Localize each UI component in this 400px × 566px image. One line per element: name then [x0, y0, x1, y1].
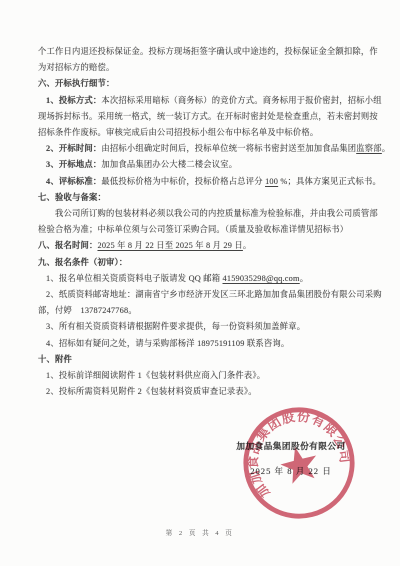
document-line: 七、验收与备案：	[38, 190, 368, 206]
text-segment: 本次招标采用暗标（商务标）的竞价方式。商务标用于报价密封，招标小组	[101, 96, 381, 105]
document-line: 2、纸质资料邮寄地址：湖南省宁乡市经济开发区三环北路加加食品集团股份有限公司采购	[38, 287, 368, 303]
text-segment: 100	[265, 177, 278, 186]
document-line: 4、招标如有疑问之处，请与采购部杨洋 18975191109 联系咨询。	[38, 336, 368, 352]
document-line: 现场拆封标书。采用统一格式，统一装订方式。在开标时密封处是检查重点，若未密封则按	[38, 109, 368, 125]
signature-block: 加加食品集团股份有限公司 2025 年 8 月 22 日	[226, 440, 356, 477]
document-line: 检验合格为准；中标单位须与公司签订采购合同。（质量及验收标准详情见招标书）	[38, 222, 368, 238]
document-line: 2、开标时间：由招标小组确定时间后，投标单位统一将标书密封送至加加食品集团监察部…	[38, 141, 368, 157]
text-segment: 六、开标执行细节：	[38, 79, 114, 88]
document-line: 1、投标前详细阅读附件 1《包装材料供应商入门条件表》。	[38, 368, 368, 384]
text-segment: 1、报名单位相关资质资料电子版请发 QQ 邮箱	[46, 274, 223, 283]
document-line: 3、开标地点：加加食品集团办公大楼二楼会议室。	[38, 157, 368, 173]
document-line: 1、报名单位相关资质资料电子版请发 QQ 邮箱 4159035298@qq.co…	[38, 271, 368, 287]
text-segment: 1、投标方式：	[46, 96, 101, 105]
text-segment: 。	[382, 144, 391, 153]
text-segment: 由招标小组确定时间后，投标单位统一将标书密封送至加加食品集团	[101, 144, 356, 153]
signature-date: 2025 年 8 月 22 日	[226, 465, 356, 477]
document-line: 八、报名时间：2025 年 8 月 22 日至 2025 年 8 月 29 日。	[38, 238, 368, 254]
text-segment: 2025 年 8 月 22 日至 2025 年 8 月 29 日	[97, 241, 242, 250]
document-line: 2、投标所需资料见附件 2《包装材料资质审查记录表》。	[38, 384, 368, 400]
text-segment: 3、所有相关资质资料请根据附件要求提供，每一份资料须加盖鲜章。	[46, 322, 305, 331]
text-segment: 部，付婷 13787247768。	[38, 306, 137, 315]
text-segment: 。	[300, 274, 309, 283]
text-segment: 监察部	[356, 144, 382, 153]
text-segment: 。	[243, 241, 252, 250]
text-segment: 4、评标标准：	[46, 177, 101, 186]
text-segment: 七、验收与备案：	[38, 193, 106, 202]
text-segment: 4159035298@qq.com	[223, 274, 300, 283]
document-line: 六、开标执行细节：	[38, 76, 368, 92]
page-number: 第 2 页 共 4 页	[0, 527, 400, 537]
text-segment: 十、附件	[38, 355, 72, 364]
document-line: 招标条件作废标。审核完成后由公司招投标小组公布中标名单及中标价格。	[38, 125, 368, 141]
document-line: 个工作日内退还投标保证金。投标方现场拒签字确认或中途违约，投标保证金全额扣除，作	[38, 44, 368, 60]
document-line: 为对招标方的赔偿。	[38, 60, 368, 76]
document-line: 部，付婷 13787247768。	[38, 303, 368, 319]
text-segment: 为对招标方的赔偿。	[38, 63, 114, 72]
text-segment: 九、报名条件（初审）：	[38, 258, 127, 267]
text-segment: 2、开标时间：	[46, 144, 101, 153]
text-segment: 最低投标价格为中标价，投标价格占总评分	[101, 177, 265, 186]
document-line: 1、投标方式：本次招标采用暗标（商务标）的竞价方式。商务标用于报价密封，招标小组	[38, 93, 368, 109]
document-body: 个工作日内退还投标保证金。投标方现场拒签字确认或中途违约，投标保证金全额扣除，作…	[38, 44, 368, 400]
text-segment: 我公司所订购的包装材料必须以我公司的内控质量标准为检验标准，并由我公司质管部	[55, 209, 378, 218]
text-segment: 现场拆封标书。采用统一格式，统一装订方式。在开标时密封处是检查重点，若未密封则按	[38, 112, 378, 121]
text-segment: 招标条件作废标。审核完成后由公司招投标小组公布中标名单及中标价格。	[38, 128, 318, 137]
text-segment: 4、招标如有疑问之处，请与采购部杨洋 18975191109 联系咨询。	[46, 339, 289, 348]
document-line: 九、报名条件（初审）：	[38, 255, 368, 271]
text-segment: 3、开标地点：	[46, 160, 101, 169]
text-segment: 检验合格为准；中标单位须与公司签订采购合同。（质量及验收标准详情见招标书）	[38, 225, 348, 234]
document-line: 3、所有相关资质资料请根据附件要求提供，每一份资料须加盖鲜章。	[38, 319, 368, 335]
signature-company-name: 加加食品集团股份有限公司	[226, 440, 356, 452]
document-line: 十、附件	[38, 352, 368, 368]
text-segment: 2、纸质资料邮寄地址：湖南省宁乡市经济开发区三环北路加加食品集团股份有限公司采购	[46, 290, 382, 299]
document-line: 我公司所订购的包装材料必须以我公司的内控质量标准为检验标准，并由我公司质管部	[38, 206, 368, 222]
text-segment: 八、报名时间：	[38, 241, 97, 250]
text-segment: 1、投标前详细阅读附件 1《包装材料供应商入门条件表》。	[46, 371, 265, 380]
document-line: 4、评标标准：最低投标价格为中标价，投标价格占总评分 100 %；具体方案见正式…	[38, 174, 368, 190]
text-segment: 加加食品集团办公大楼二楼会议室。	[101, 160, 237, 169]
text-segment: 2、投标所需资料见附件 2《包装材料资质审查记录表》。	[46, 387, 257, 396]
text-segment: 个工作日内退还投标保证金。投标方现场拒签字确认或中途违约，投标保证金全额扣除，作	[38, 47, 378, 56]
text-segment: %；具体方案见正式标书。	[278, 177, 381, 186]
document-page: 个工作日内退还投标保证金。投标方现场拒签字确认或中途违约，投标保证金全额扣除，作…	[0, 0, 400, 566]
